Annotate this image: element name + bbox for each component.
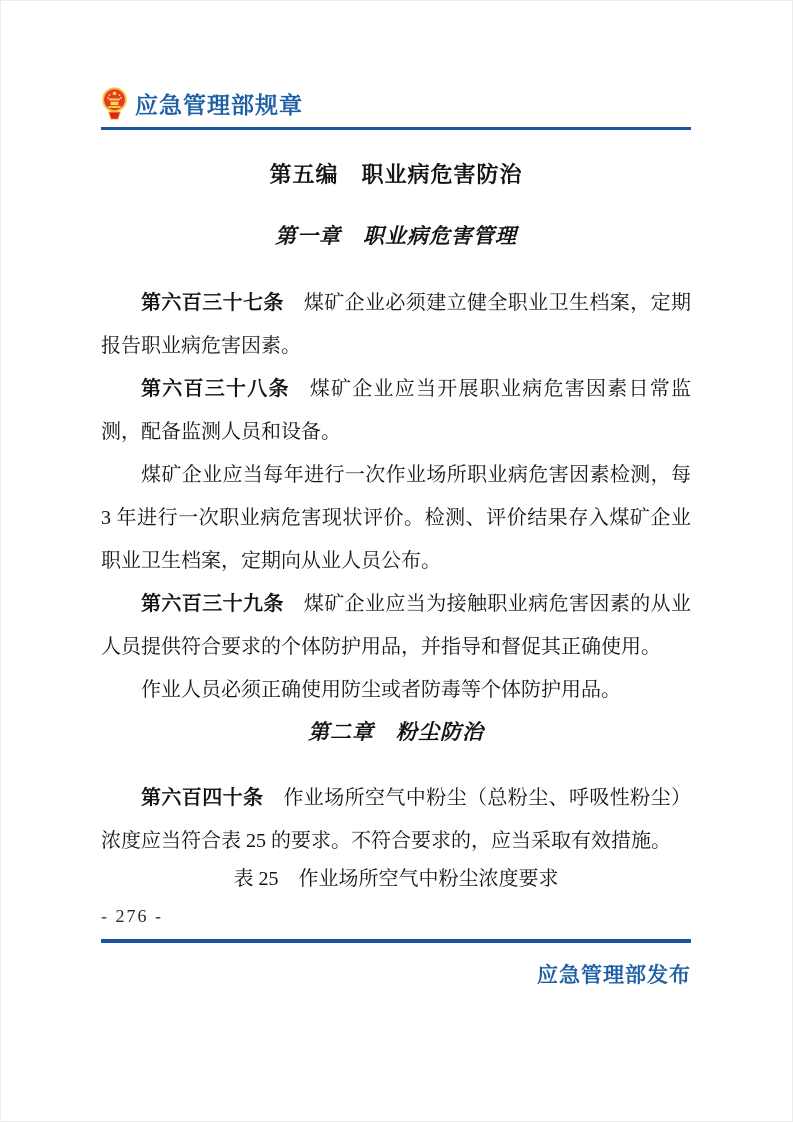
article-640-number: 第六百四十条	[141, 787, 263, 809]
header-divider	[101, 127, 691, 130]
header-series-label: 应急管理部规章	[135, 87, 303, 120]
footer-divider	[101, 939, 691, 943]
table-25-caption: 表 25 作业场所空气中粉尘浓度要求	[101, 864, 691, 894]
article-638-continuation-text: 煤矿企业应当每年进行一次作业场所职业病危害因素检测，每 3 年进行一次职业病危害…	[101, 464, 691, 572]
page-header: 应急管理部规章	[101, 86, 691, 130]
part-title: 第五编 职业病危害防治	[101, 160, 691, 190]
article-639-continuation-paragraph: 作业人员必须正确使用防尘或者防毒等个体防护用品。	[101, 669, 691, 712]
article-637-paragraph: 第六百三十七条煤矿企业必须建立健全职业卫生档案，定期报告职业病危害因素。	[101, 282, 691, 368]
china-national-emblem-icon	[101, 87, 128, 120]
document-body: 第五编 职业病危害防治 第一章 职业病危害管理 第六百三十七条煤矿企业必须建立健…	[101, 160, 691, 894]
article-639-paragraph: 第六百三十九条煤矿企业应当为接触职业病危害因素的从业人员提供符合要求的个体防护用…	[101, 583, 691, 669]
article-639-continuation-text: 作业人员必须正确使用防尘或者防毒等个体防护用品。	[141, 679, 621, 701]
footer-publisher-label: 应急管理部发布	[101, 959, 691, 989]
chapter-1-title: 第一章 职业病危害管理	[101, 221, 691, 251]
article-639-number: 第六百三十九条	[141, 593, 284, 615]
article-637-number: 第六百三十七条	[141, 292, 284, 314]
article-640-paragraph: 第六百四十条作业场所空气中粉尘（总粉尘、呼吸性粉尘）浓度应当符合表 25 的要求…	[101, 777, 691, 863]
document-page: 应急管理部规章 第五编 职业病危害防治 第一章 职业病危害管理 第六百三十七条煤…	[0, 0, 793, 1122]
page-number: - 276 -	[101, 904, 691, 928]
article-638-number: 第六百三十八条	[141, 378, 290, 400]
page-footer: - 276 - 应急管理部发布	[101, 904, 691, 989]
article-638-continuation-paragraph: 煤矿企业应当每年进行一次作业场所职业病危害因素检测，每 3 年进行一次职业病危害…	[101, 454, 691, 583]
article-638-paragraph: 第六百三十八条煤矿企业应当开展职业病危害因素日常监测，配备监测人员和设备。	[101, 368, 691, 454]
chapter-2-title: 第二章 粉尘防治	[101, 717, 691, 747]
header-brand-row: 应急管理部规章	[101, 86, 691, 120]
